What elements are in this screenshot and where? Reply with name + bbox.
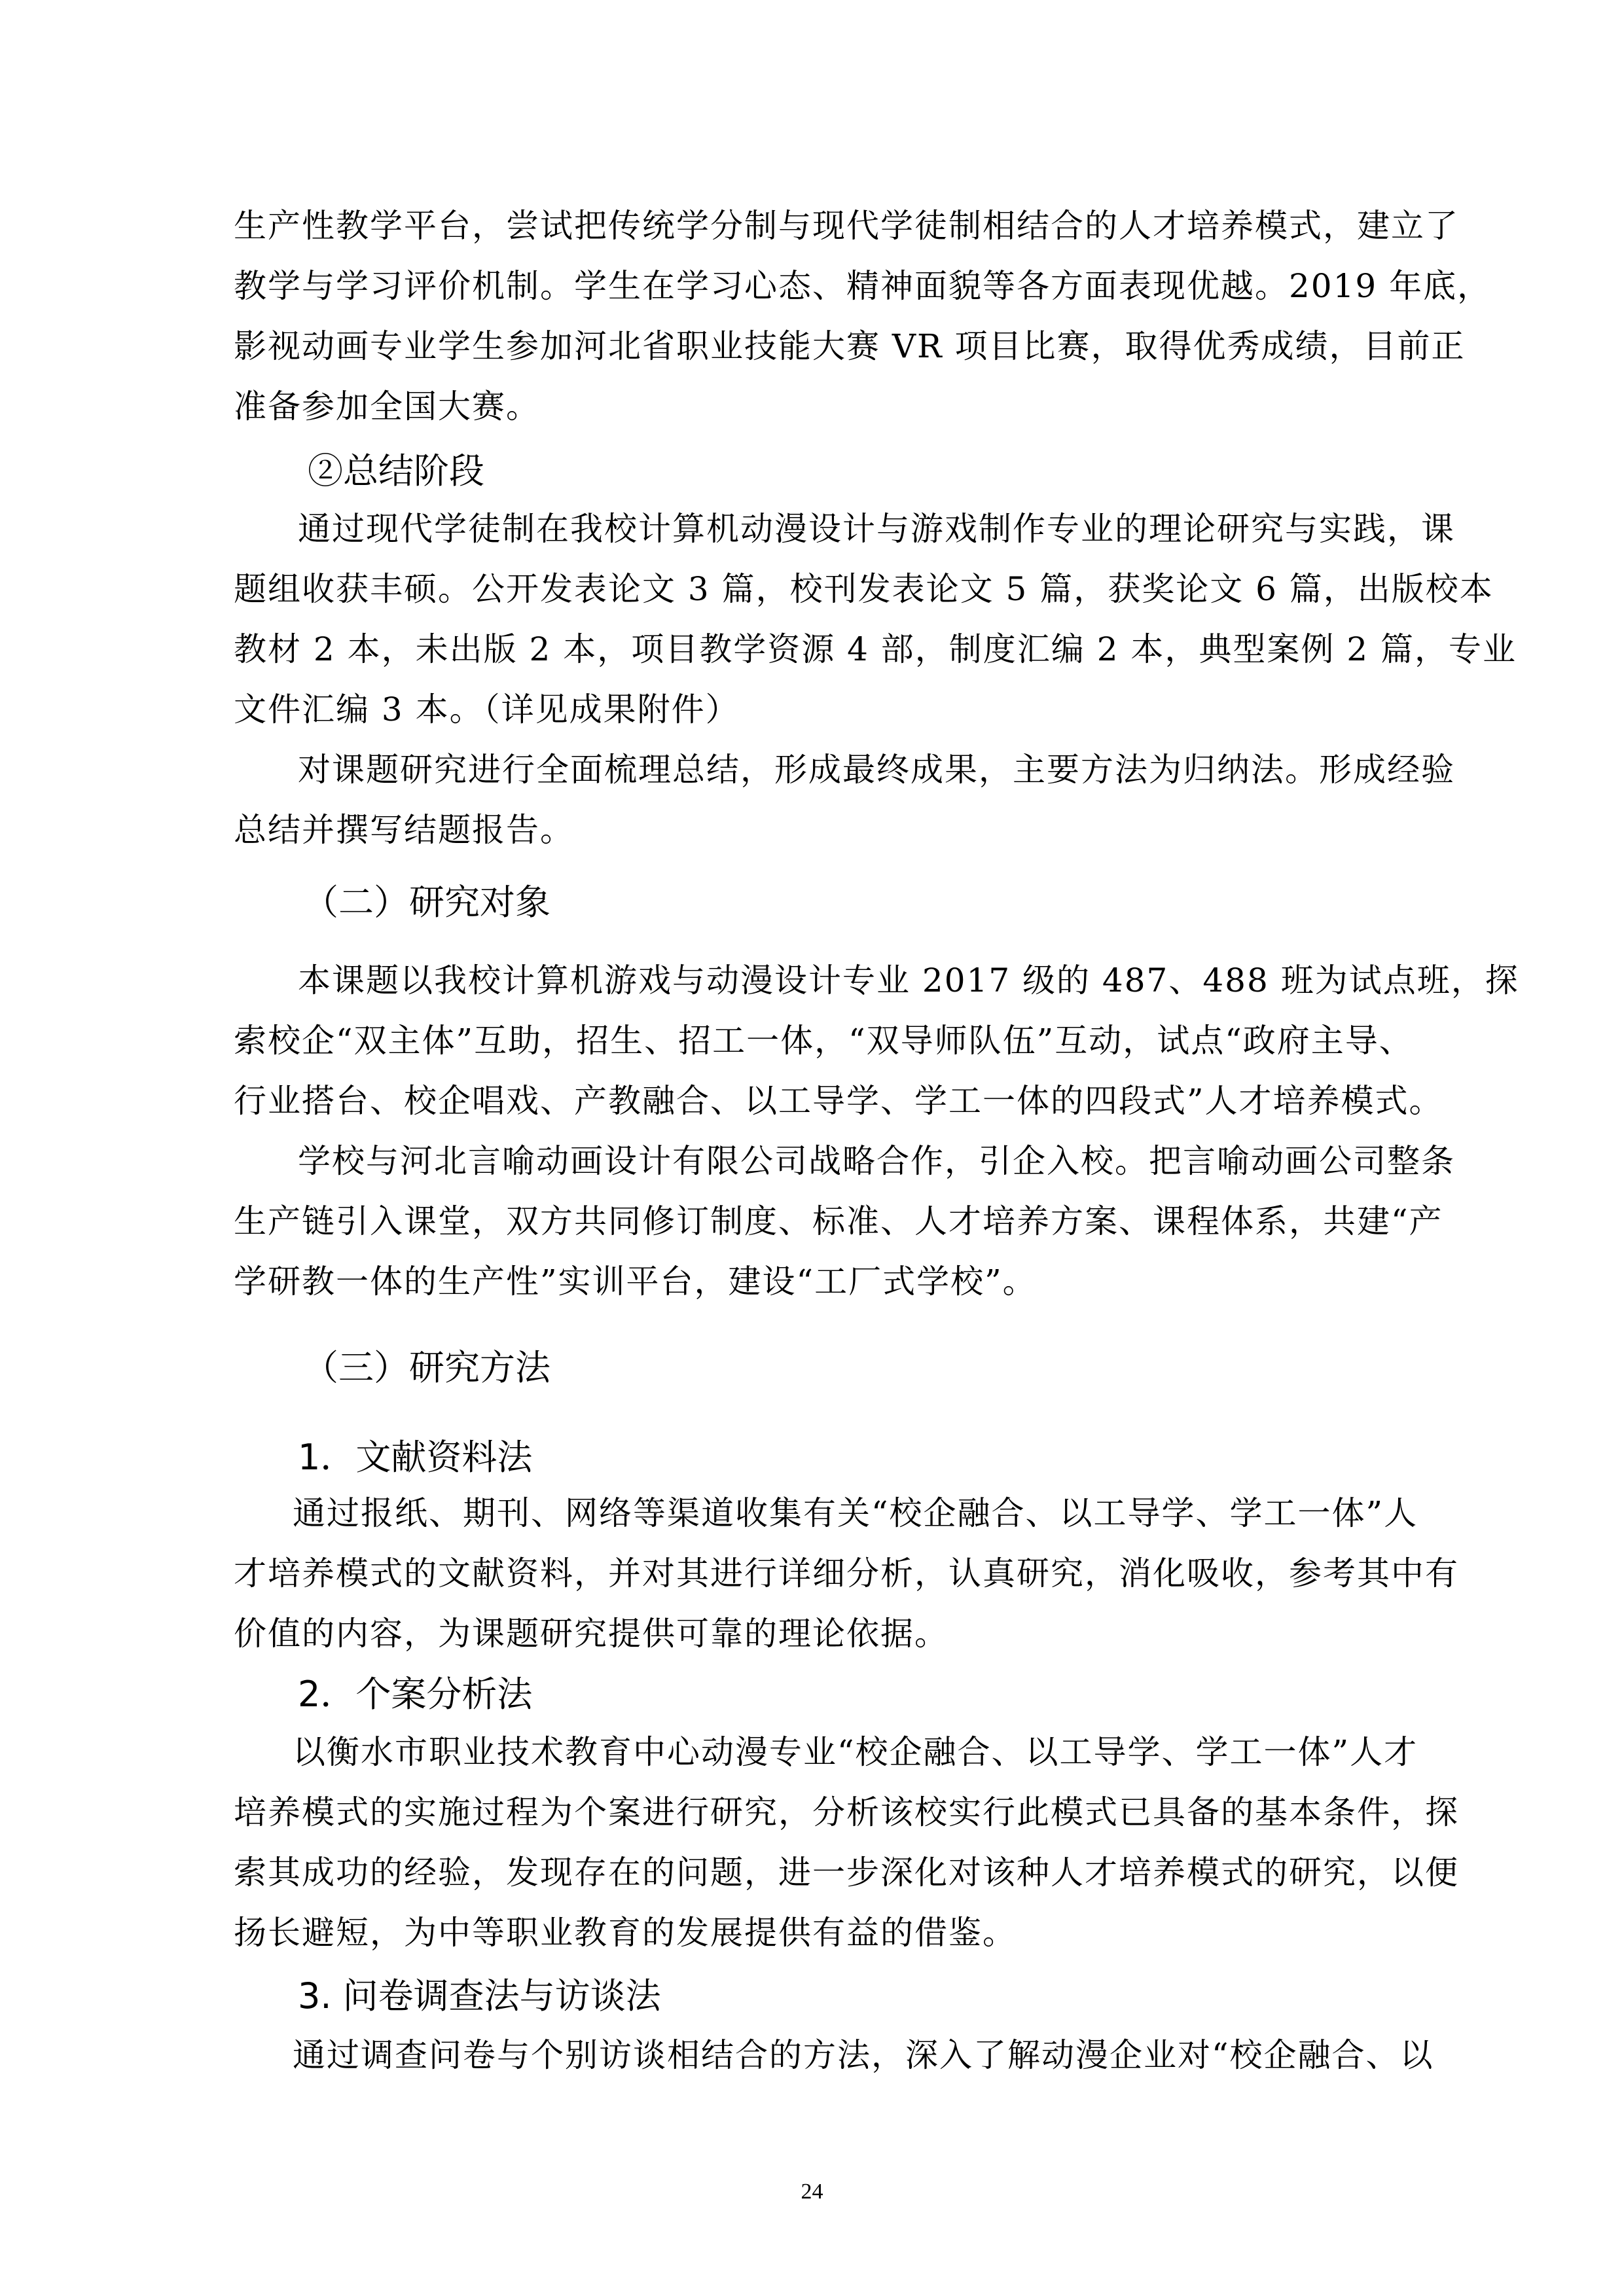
paragraph-line: 文件汇编 3 本。（详见成果附件） bbox=[234, 690, 1405, 729]
paragraph-line: 准备参加全国大赛。 bbox=[234, 387, 1405, 426]
paragraph-line: 学研教一体的生产性”实训平台，建设“工厂式学校”。 bbox=[234, 1262, 1405, 1301]
method-heading-literature: 1．文献资料法 bbox=[298, 1437, 532, 1479]
paragraph-line: 学校与河北言喻动画设计有限公司战略合作，引企入校。把言喻动画公司整条 bbox=[298, 1141, 1470, 1181]
paragraph-line: 题组收获丰硕。公开发表论文 3 篇，校刊发表论文 5 篇，获奖论文 6 篇，出版… bbox=[234, 569, 1405, 609]
paragraph-line: 对课题研究进行全面梳理总结，形成最终成果，主要方法为归纳法。形成经验 bbox=[298, 750, 1470, 789]
page-number: 24 bbox=[0, 2179, 1624, 2204]
paragraph-line: 生产性教学平台，尝试把传统学分制与现代学徒制相结合的人才培养模式，建立了 bbox=[234, 206, 1405, 245]
paragraph-line: 本课题以我校计算机游戏与动漫设计专业 2017 级的 487、488 班为试点班… bbox=[298, 961, 1470, 1000]
paragraph-line: 索其成功的经验，发现存在的问题，进一步深化对该种人才培养模式的研究，以便 bbox=[234, 1853, 1405, 1892]
section-heading-research-subject: （二）研究对象 bbox=[303, 882, 550, 924]
stage-heading: ②总结阶段 bbox=[308, 450, 484, 492]
paragraph-line: 教材 2 本，未出版 2 本，项目教学资源 4 部，制度汇编 2 本，典型案例 … bbox=[234, 630, 1405, 669]
method-heading-case-analysis: 2．个案分析法 bbox=[298, 1674, 532, 1715]
paragraph-line: 教学与学习评价机制。学生在学习心态、精神面貌等各方面表现优越。2019 年底， bbox=[234, 266, 1405, 306]
paragraph-line: 价值的内容，为课题研究提供可靠的理论依据。 bbox=[234, 1614, 1405, 1653]
paragraph-line: 通过现代学徒制在我校计算机动漫设计与游戏制作专业的理论研究与实践，课 bbox=[298, 509, 1470, 548]
paragraph-line: 影视动画专业学生参加河北省职业技能大赛 VR 项目比赛，取得优秀成绩，目前正 bbox=[234, 327, 1405, 366]
paragraph-line: 才培养模式的文献资料，并对其进行详细分析，认真研究，消化吸收，参考其中有 bbox=[234, 1554, 1405, 1593]
paragraph-line: 扬长避短，为中等职业教育的发展提供有益的借鉴。 bbox=[234, 1913, 1405, 1952]
paragraph-line: 总结并撰写结题报告。 bbox=[234, 810, 1405, 850]
document-page: 生产性教学平台，尝试把传统学分制与现代学徒制相结合的人才培养模式，建立了 教学与… bbox=[0, 0, 1624, 2296]
paragraph-line: 通过调查问卷与个别访谈相结合的方法，深入了解动漫企业对“校企融合、以 bbox=[293, 2036, 1464, 2075]
method-heading-survey-interview: 3. 问卷调查法与访谈法 bbox=[298, 1975, 661, 2017]
paragraph-line: 索校企“双主体”互助，招生、招工一体，“双导师队伍”互动，试点“政府主导、 bbox=[234, 1021, 1405, 1060]
paragraph-line: 生产链引入课堂，双方共同修订制度、标准、人才培养方案、课程体系，共建“产 bbox=[234, 1202, 1405, 1241]
paragraph-line: 以衡水市职业技术教育中心动漫专业“校企融合、以工导学、学工一体”人才 bbox=[293, 1732, 1464, 1772]
paragraph-line: 培养模式的实施过程为个案进行研究，分析该校实行此模式已具备的基本条件，探 bbox=[234, 1793, 1405, 1832]
paragraph-line: 行业搭台、校企唱戏、产教融合、以工导学、学工一体的四段式”人才培养模式。 bbox=[234, 1081, 1405, 1121]
section-heading-research-methods: （三）研究方法 bbox=[303, 1347, 550, 1389]
paragraph-line: 通过报纸、期刊、网络等渠道收集有关“校企融合、以工导学、学工一体”人 bbox=[293, 1494, 1464, 1533]
